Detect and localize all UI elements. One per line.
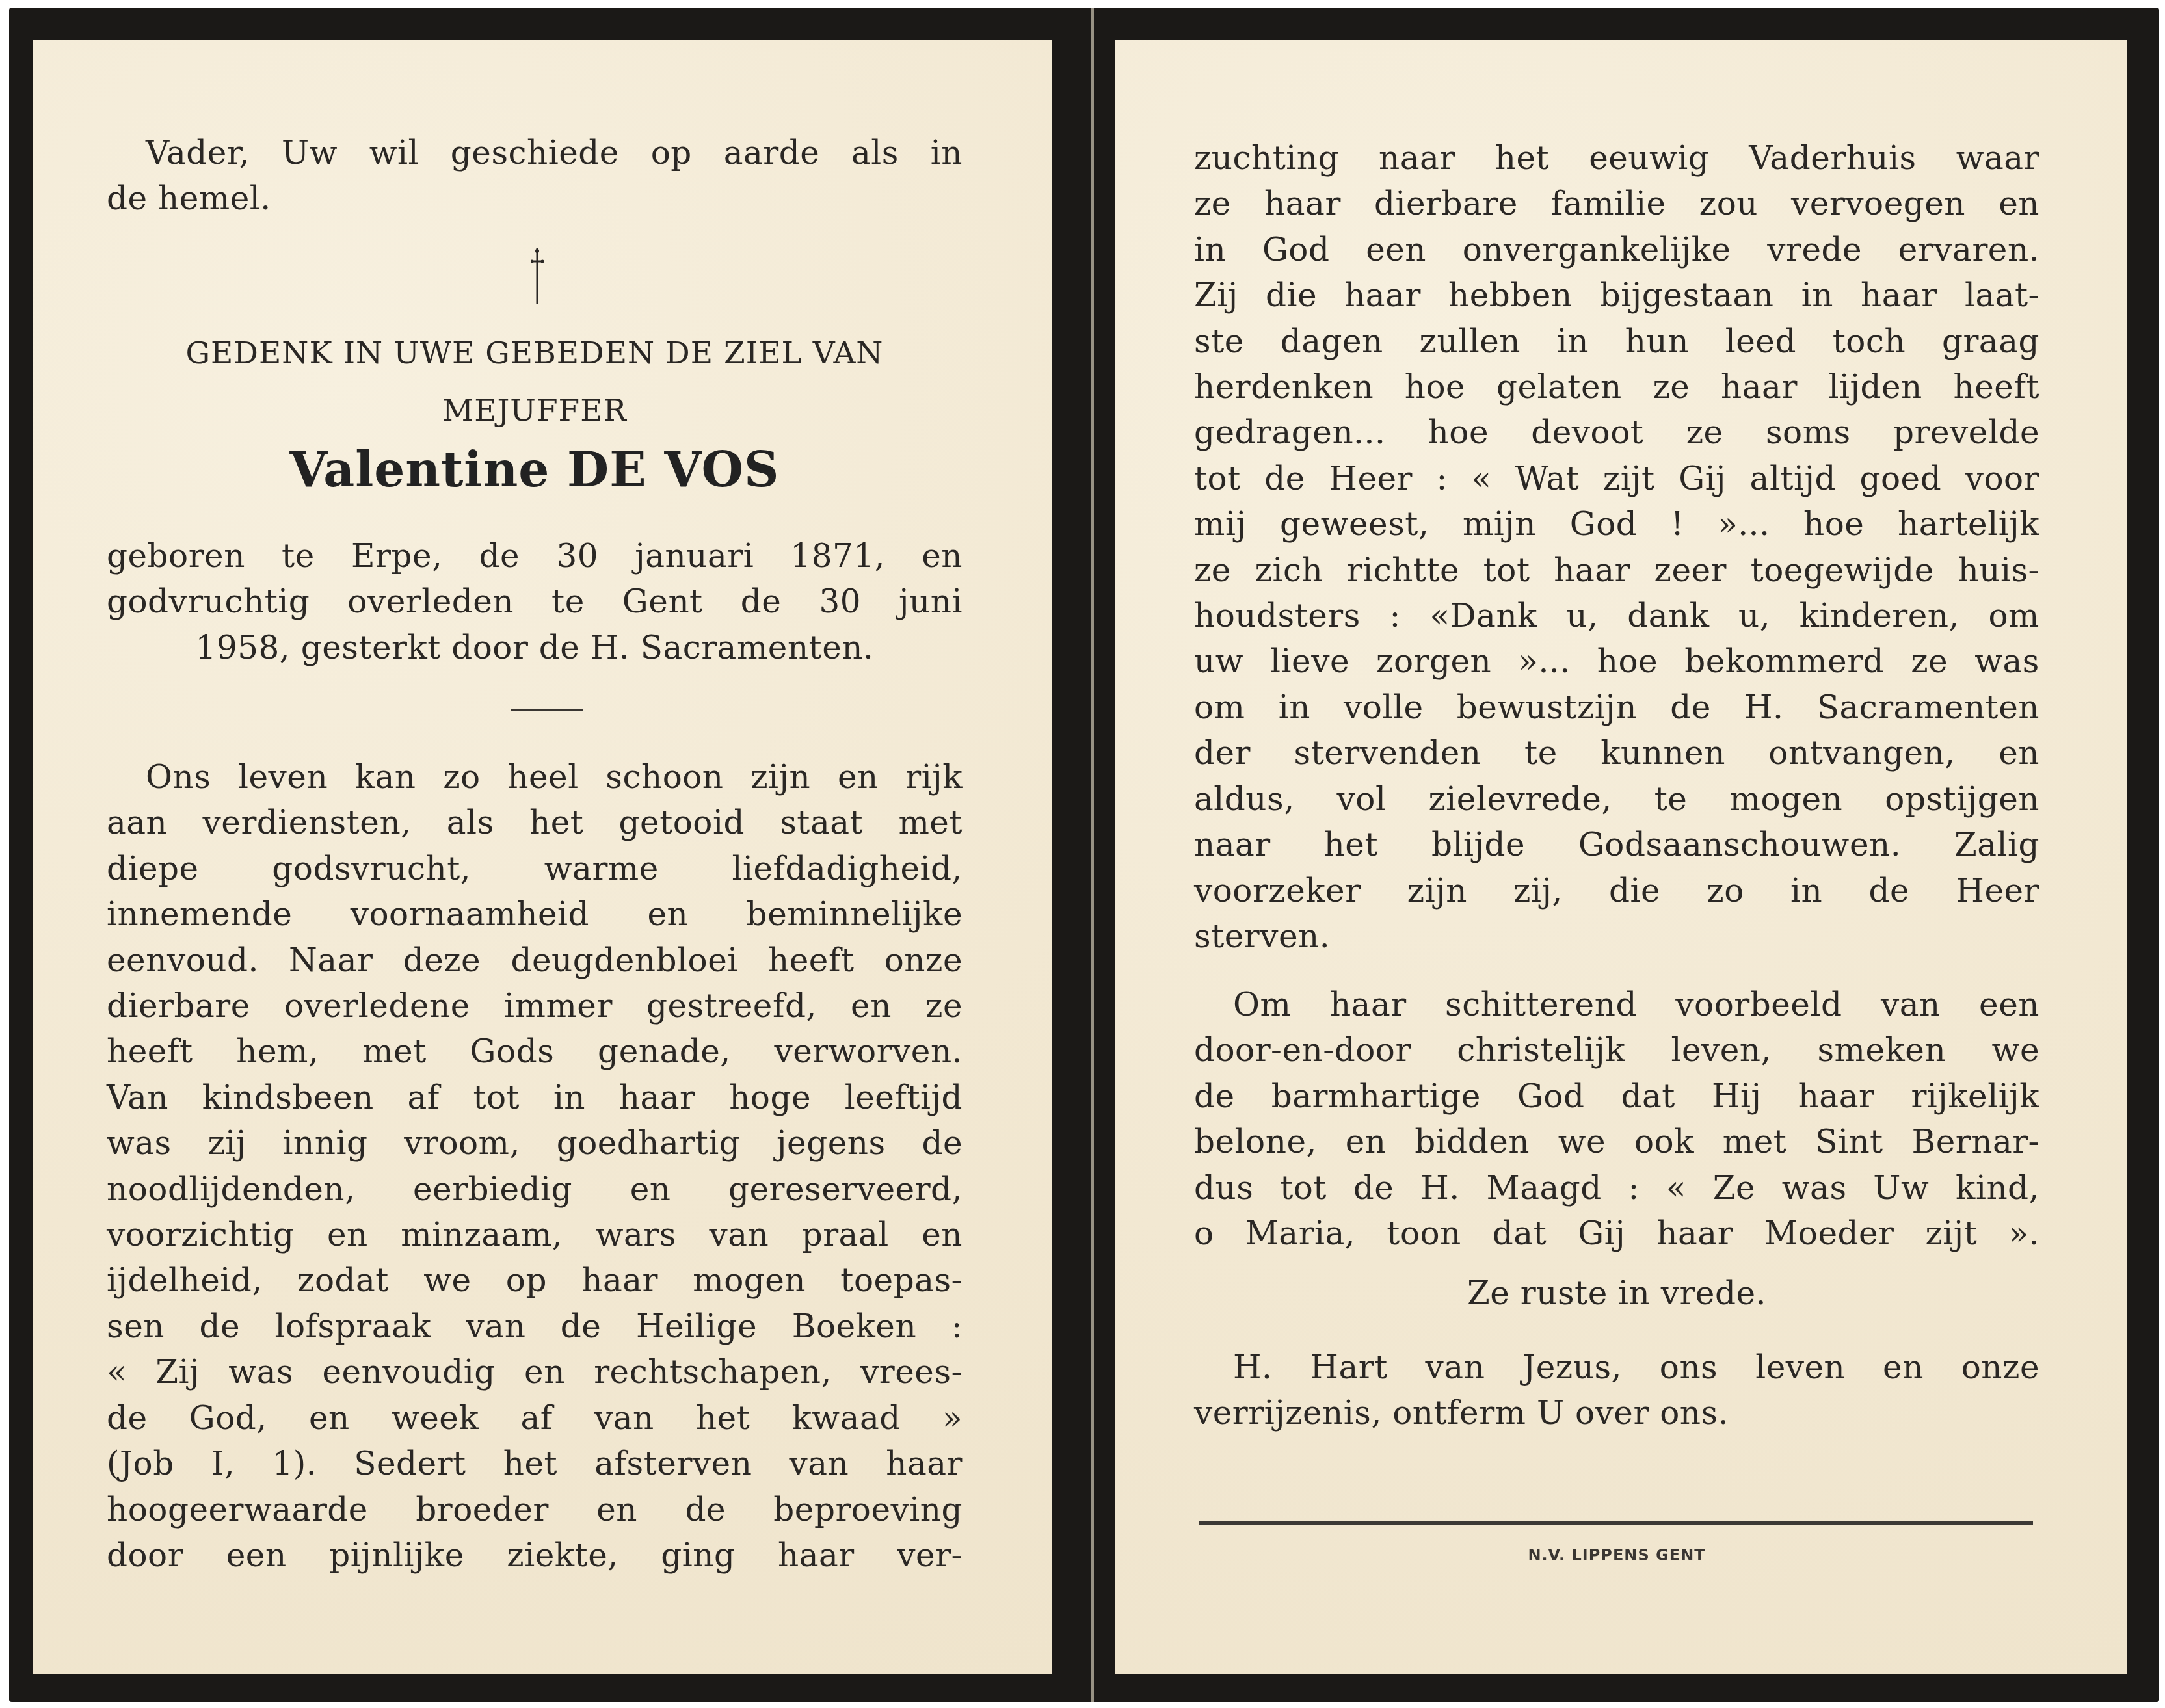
supplication-text: Om haar schitterend voorbeeld van een do… bbox=[1194, 982, 2039, 1256]
body-line: tot de Heer : « Wat zijt Gij altijd goed… bbox=[1194, 456, 2039, 501]
supplication-line: dus tot de H. Maagd : « Ze was Uw kind, bbox=[1194, 1165, 2039, 1211]
body-line: herdenken hoe gelaten ze haar lijden hee… bbox=[1194, 364, 2039, 410]
biography-text: Ons leven kan zo heel schoon zijn en rij… bbox=[107, 754, 963, 1578]
invocation-line: verrijzenis, ontferm U over ons. bbox=[1194, 1390, 2039, 1436]
remembrance-heading: GEDENK IN UWE GEBEDEN DE ZIEL VAN MEJUFF… bbox=[107, 325, 963, 440]
supplication-line: door-en-door christelijk leven, smeken w… bbox=[1194, 1027, 2039, 1073]
supplication-line: Om haar schitterend voorbeeld van een bbox=[1194, 982, 2039, 1027]
bio-line: door een pijnlijke ziekte, ging haar ver… bbox=[107, 1532, 963, 1578]
bio-line: aan verdiensten, als het getooid staat m… bbox=[107, 800, 963, 845]
birth-death-line: geboren te Erpe, de 30 januari 1871, en bbox=[107, 533, 963, 579]
bio-line: voorzichtig en minzaam, wars van praal e… bbox=[107, 1212, 963, 1257]
body-line: voorzeker zijn zij, die zo in de Heer bbox=[1194, 868, 2039, 913]
prayer-line: de hemel. bbox=[107, 176, 963, 221]
body-line: aldus, vol zielevrede, te mogen opstijge… bbox=[1194, 776, 2039, 822]
printer-imprint: N.V. LIPPENS GENT bbox=[1194, 1546, 2039, 1564]
deceased-name: Valentine DE VOS bbox=[107, 442, 963, 498]
body-line: in God een onvergankelijke vrede ervaren… bbox=[1194, 227, 2039, 272]
continuation-text: zuchting naar het eeuwig Vaderhuis waar … bbox=[1194, 135, 2039, 959]
bio-line: dierbare overledene immer gestreefd, en … bbox=[107, 983, 963, 1029]
heading-line: MEJUFFER bbox=[107, 382, 963, 440]
invocation-text: H. Hart van Jezus, ons leven en onze ver… bbox=[1194, 1345, 2039, 1436]
prayer-line: Vader, Uw wil geschiede op aarde als in bbox=[107, 130, 963, 176]
body-line: ze zich richtte tot haar zeer toegewijde… bbox=[1194, 547, 2039, 593]
footer-rule bbox=[1199, 1521, 2033, 1525]
cross-icon bbox=[531, 247, 544, 306]
bio-line: ijdelheid, zodat we op haar mogen toepas… bbox=[107, 1257, 963, 1303]
bio-line: « Zij was eenvoudig en rechtschapen, vre… bbox=[107, 1349, 963, 1395]
bio-line: heeft hem, met Gods genade, verworven. bbox=[107, 1029, 963, 1074]
bio-line: Van kindsbeen af tot in haar hoge leefti… bbox=[107, 1075, 963, 1120]
birth-death-line: godvruchtig overleden te Gent de 30 juni bbox=[107, 579, 963, 624]
bio-line: noodlijdenden, eerbiedig en gereserveerd… bbox=[107, 1166, 963, 1212]
body-line: om in volle bewustzijn de H. Sacramenten bbox=[1194, 685, 2039, 730]
body-line: ste dagen zullen in hun leed toch graag bbox=[1194, 319, 2039, 364]
bio-line: innemende voornaamheid en beminnelijke bbox=[107, 891, 963, 937]
body-line: sterven. bbox=[1194, 913, 2039, 959]
bio-line: de God, en week af van het kwaad » bbox=[107, 1395, 963, 1441]
supplication-line: o Maria, toon dat Gij haar Moeder zijt »… bbox=[1194, 1211, 2039, 1256]
bio-line: Ons leven kan zo heel schoon zijn en rij… bbox=[107, 754, 963, 800]
body-line: gedragen... hoe devoot ze soms prevelde bbox=[1194, 410, 2039, 455]
body-line: der stervenden te kunnen ontvangen, en bbox=[1194, 730, 2039, 776]
heading-line: GEDENK IN UWE GEBEDEN DE ZIEL VAN bbox=[107, 325, 963, 382]
bio-line: (Job I, 1). Sedert het afsterven van haa… bbox=[107, 1441, 963, 1486]
body-line: mij geweest, mijn God ! »... hoe harteli… bbox=[1194, 501, 2039, 547]
birth-death-line: 1958, gesterkt door de H. Sacramenten. bbox=[107, 625, 963, 670]
body-line: uw lieve zorgen »... hoe bekommerd ze wa… bbox=[1194, 638, 2039, 684]
supplication-line: belone, en bidden we ook met Sint Bernar… bbox=[1194, 1119, 2039, 1164]
bio-line: was zij innig vroom, goedhartig jegens d… bbox=[107, 1120, 963, 1166]
supplication-line: de barmhartige God dat Hij haar rijkelij… bbox=[1194, 1073, 2039, 1119]
body-line: zuchting naar het eeuwig Vaderhuis waar bbox=[1194, 135, 2039, 181]
body-line: naar het blijde Godsaanschouwen. Zalig bbox=[1194, 822, 2039, 867]
invocation-line: H. Hart van Jezus, ons leven en onze bbox=[1194, 1345, 2039, 1390]
bio-line: sen de lofspraak van de Heilige Boeken : bbox=[107, 1304, 963, 1349]
body-line: Zij die haar hebben bijgestaan in haar l… bbox=[1194, 272, 2039, 318]
separator-dash bbox=[511, 709, 583, 711]
bio-line: hoogeerwaarde broeder en de beproeving bbox=[107, 1487, 963, 1532]
bio-line: diepe godsvrucht, warme liefdadigheid, bbox=[107, 846, 963, 891]
rest-in-peace: Ze ruste in vrede. bbox=[1194, 1274, 2039, 1312]
body-line: ze haar dierbare familie zou vervoegen e… bbox=[1194, 181, 2039, 226]
bio-line: eenvoud. Naar deze deugdenbloei heeft on… bbox=[107, 938, 963, 983]
birth-death-text: geboren te Erpe, de 30 januari 1871, en … bbox=[107, 533, 963, 670]
body-line: houdsters : «Dank u, dank u, kinderen, o… bbox=[1194, 593, 2039, 638]
card-fold-line bbox=[1091, 8, 1094, 1702]
prayer-text: Vader, Uw wil geschiede op aarde als in … bbox=[107, 130, 963, 222]
